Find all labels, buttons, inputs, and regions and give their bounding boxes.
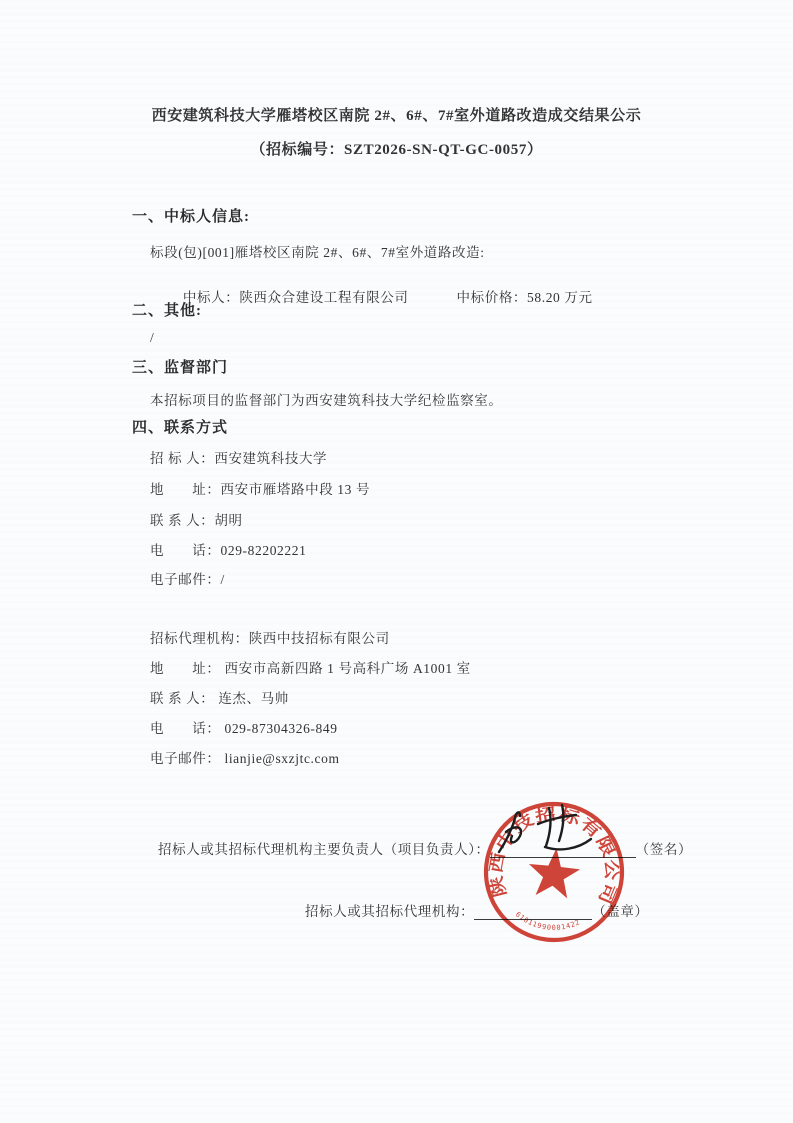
signature-stroke [559, 805, 563, 841]
tenderer-label: 联 系 人： [150, 513, 214, 528]
agency-row: 地 址： 西安市高新四路 1 号高科广场 A1001 室 [150, 657, 471, 677]
tenderer-value: 西安市雁塔路中段 13 号 [221, 482, 371, 497]
agency-row: 电子邮件： lianjie@sxzjtc.com [150, 747, 340, 767]
signature-stroke [545, 839, 591, 849]
handwritten-signature [470, 795, 610, 865]
agency-row: 电 话： 029-87304326-849 [150, 717, 338, 737]
section-3-content: 本招标项目的监督部门为西安建筑科技大学纪检监察室。 [150, 389, 503, 409]
tenderer-label: 电子邮件： [150, 572, 221, 587]
tenderer-value: 029-82202221 [221, 543, 307, 558]
agency-label: 地 址： [150, 661, 224, 676]
section-2-content: / [150, 330, 154, 346]
agency-label: 电 话： [150, 721, 224, 736]
tenderer-row: 电 话：029-82202221 [150, 539, 306, 559]
tenderer-label: 电 话： [150, 543, 221, 558]
winner-name: 陕西众合建设工程有限公司 [239, 290, 408, 305]
section-1-heading: 一、中标人信息: [132, 205, 250, 226]
tenderer-value: / [221, 572, 225, 587]
agency-label: 招标代理机构： [150, 631, 249, 646]
agency-label: 电子邮件： [150, 751, 224, 766]
tenderer-label: 招 标 人： [150, 451, 214, 466]
agency-row: 招标代理机构：陕西中技招标有限公司 [150, 627, 390, 647]
agency-value: 陕西中技招标有限公司 [249, 631, 390, 646]
tenderer-row: 招 标 人：西安建筑科技大学 [150, 447, 327, 467]
tenderer-row: 地 址：西安市雁塔路中段 13 号 [150, 478, 370, 498]
tenderer-row: 联 系 人：胡明 [150, 509, 243, 529]
section-2-heading: 二、其他: [132, 299, 202, 320]
agency-value: 连杰、马帅 [218, 691, 289, 706]
tenderer-value: 西安建筑科技大学 [214, 451, 327, 466]
signature-stroke [499, 812, 520, 852]
seal-line-label: 招标人或其招标代理机构： [305, 900, 474, 920]
signature-stroke [546, 808, 550, 846]
tenderer-row: 电子邮件：/ [150, 568, 225, 588]
tenderer-value: 胡明 [214, 513, 242, 528]
document-title: 西安建筑科技大学雁塔校区南院 2#、6#、7#室外道路改造成交结果公示 [0, 104, 793, 125]
section-3-heading: 三、监督部门 [132, 356, 228, 377]
section-4-heading: 四、联系方式 [132, 416, 228, 437]
lot-line: 标段(包)[001]雁塔校区南院 2#、6#、7#室外道路改造: [150, 241, 485, 261]
agency-value: 029-87304326-849 [224, 721, 337, 736]
document-page: 西安建筑科技大学雁塔校区南院 2#、6#、7#室外道路改造成交结果公示 （招标编… [0, 0, 793, 1123]
tenderer-label: 地 址： [150, 482, 221, 497]
document-subtitle-tender-number: （招标编号：SZT2026-SN-QT-GC-0057） [0, 138, 793, 159]
agency-value: 西安市高新四路 1 号高科广场 A1001 室 [224, 661, 470, 676]
agency-label: 联 系 人： [150, 691, 218, 706]
signature-suffix: （签名） [636, 838, 692, 858]
price-value: 58.20 万元 [527, 290, 593, 305]
winner-line: 中标人：陕西众合建设工程有限公司中标价格：58.20 万元 [167, 270, 593, 322]
agency-value: lianjie@sxzjtc.com [224, 751, 339, 766]
signature-stroke [538, 815, 576, 824]
price-label: 中标价格： [457, 290, 528, 305]
agency-row: 联 系 人： 连杰、马帅 [150, 687, 289, 707]
signature-line-label: 招标人或其招标代理机构主要负责人（项目负责人）： [158, 838, 490, 858]
